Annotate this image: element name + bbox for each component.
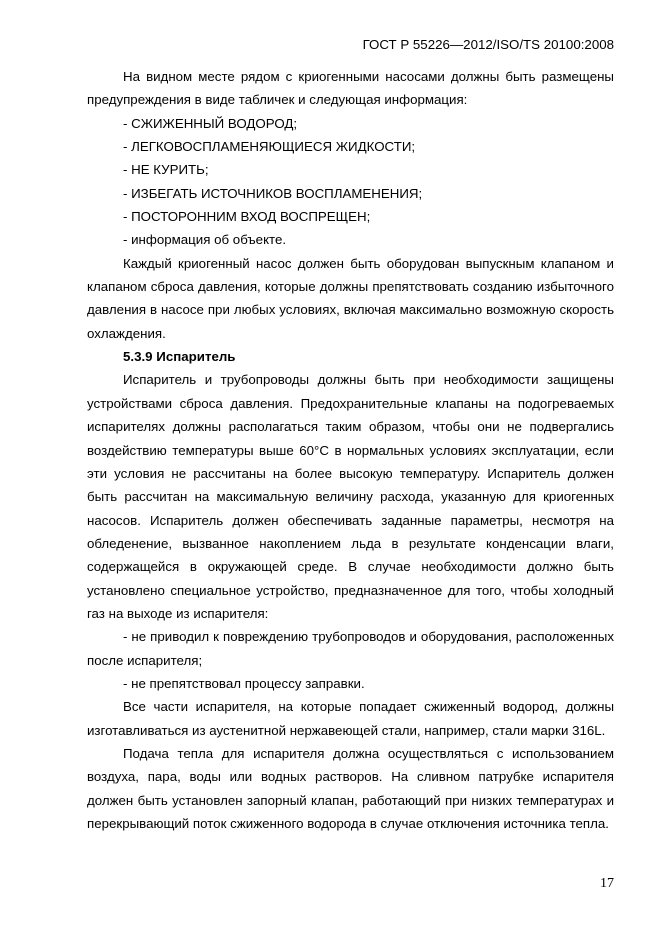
evaporator-paragraph: Испаритель и трубопроводы должны быть пр… — [87, 368, 614, 625]
warning-item: - ИЗБЕГАТЬ ИСТОЧНИКОВ ВОСПЛАМЕНЕНИЯ; — [87, 182, 614, 205]
intro-paragraph: На видном месте рядом с криогенными насо… — [87, 65, 614, 112]
section-heading: 5.3.9 Испаритель — [87, 345, 614, 368]
warning-item: - ПОСТОРОННИМ ВХОД ВОСПРЕЩЕН; — [87, 205, 614, 228]
material-paragraph: Все части испарителя, на которые попадае… — [87, 695, 614, 742]
heat-supply-paragraph: Подача тепла для испарителя должна осуще… — [87, 742, 614, 835]
page-number: 17 — [600, 876, 614, 892]
pump-paragraph: Каждый криогенный насос должен быть обор… — [87, 252, 614, 345]
document-header-standard-number: ГОСТ Р 55226—2012/ISO/TS 20100:2008 — [363, 37, 614, 53]
gas-item: - не приводил к повреждению трубопроводо… — [87, 625, 614, 672]
warning-item: - ЛЕГКОВОСПЛАМЕНЯЮЩИЕСЯ ЖИДКОСТИ; — [87, 135, 614, 158]
warning-item: - НЕ КУРИТЬ; — [87, 158, 614, 181]
warning-item: - СЖИЖЕННЫЙ ВОДОРОД; — [87, 112, 614, 135]
warning-item: - информация об объекте. — [87, 228, 614, 251]
gas-item: - не препятствовал процессу заправки. — [87, 672, 614, 695]
document-body: На видном месте рядом с криогенными насо… — [87, 65, 614, 835]
